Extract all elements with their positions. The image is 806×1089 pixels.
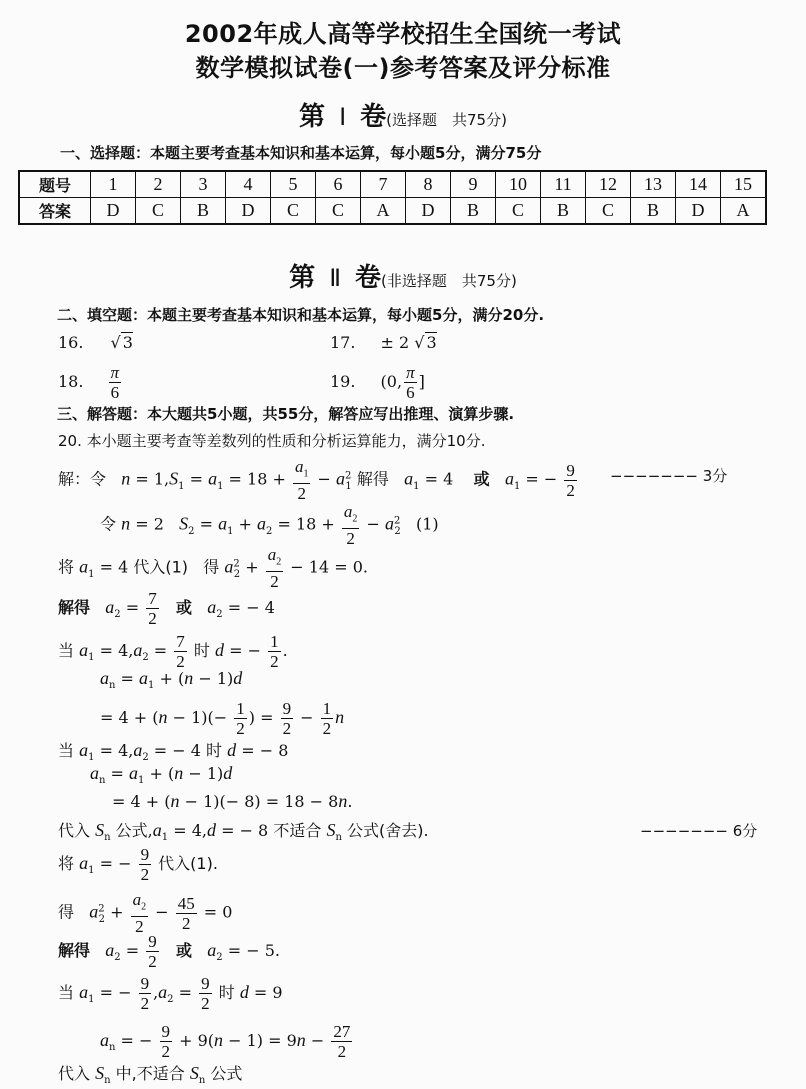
table-cell: 6 [316, 171, 361, 198]
table-cell: A [361, 198, 406, 225]
text: 解得 [58, 598, 90, 617]
volume2-heading: 第Ⅱ卷(非选择题 共75分) [0, 257, 806, 294]
volume-label2: 卷 [355, 263, 381, 293]
question-number: 18. [58, 372, 83, 391]
answer-sqrt3: √3 [111, 333, 133, 352]
solution-line-13: 得 a22 + a22 − 452 = 0 [58, 890, 232, 936]
text: 将 [58, 558, 74, 577]
solution-line-3: 将 a1 = 4 代入(1) 得 a22 + a22 − 14 = 0. [58, 545, 368, 591]
table-cell: 9 [451, 171, 496, 198]
answer-pi-over-6: π6 [109, 363, 122, 402]
solution-line-4: 解得 a2 = 72 或 a2 = − 4 [58, 589, 275, 628]
table-cell: 13 [631, 171, 676, 198]
volume-label: 第 [289, 263, 315, 293]
table-cell: C [586, 198, 631, 225]
answer-interval: (0,π6] [381, 372, 425, 391]
text: 代入(1). [158, 854, 218, 873]
table-cell: B [541, 198, 586, 225]
volume-subtitle: (非选择题 共75分) [381, 272, 517, 290]
solution-line-11: 代入 Sn 公式,a1 = 4,d = − 8 不适合 Sn 公式(舍去). [58, 818, 429, 843]
table-cell: C [316, 198, 361, 225]
solution-line-1: 解：令 n = 1,S1 = a1 = 18 + a12 − a21 解得 a1… [58, 457, 579, 503]
table-cell: 15 [721, 171, 767, 198]
volume-label2: 卷 [360, 102, 386, 132]
table-cell: 10 [496, 171, 541, 198]
text: 时 [206, 741, 222, 760]
solution-line-2: 令 n = 2 S2 = a1 + a2 = 18 + a22 − a22 (1… [100, 502, 439, 548]
text: 公式(舍去). [347, 821, 429, 840]
solution-line-8: 当 a1 = 4,a2 = − 4 时 d = − 8 [58, 738, 288, 763]
table-cell: A [721, 198, 767, 225]
dashes: −−−−−−− [610, 467, 698, 485]
fill-answer-18: 18. π6 [58, 363, 123, 402]
fill-answer-19: 19. (0,π6] [330, 363, 425, 402]
document-title-line2: 数学模拟试卷(一)参考答案及评分标准 [0, 48, 806, 83]
table-cell: D [226, 198, 271, 225]
text: 或 [474, 470, 490, 489]
document-title-line1: 2002年成人高等学校招生全国统一考试 [0, 14, 806, 49]
table-cell: 11 [541, 171, 586, 198]
text: 当 [58, 741, 74, 760]
table-header-number: 题号 [19, 171, 91, 198]
text: 解得 [58, 941, 90, 960]
table-cell: B [631, 198, 676, 225]
text: 时 [219, 983, 235, 1002]
section3-heading: 三、解答题：本大题共5小题，共55分，解答应写出推理、演算步骤. [57, 403, 514, 424]
text: 令 [100, 515, 116, 534]
solution-line-12: 将 a1 = − 92 代入(1). [58, 845, 218, 884]
volume-roman: Ⅰ [339, 105, 346, 131]
table-cell: B [451, 198, 496, 225]
text: 公式 [210, 1064, 242, 1083]
text: 当 [58, 983, 74, 1002]
text: 代入 [58, 1064, 90, 1083]
table-cell: D [406, 198, 451, 225]
score-label: 6分 [733, 822, 758, 840]
dashes: −−−−−−− [640, 822, 728, 840]
table-cell: 12 [586, 171, 631, 198]
answer-table: 题号 1 2 3 4 5 6 7 8 9 10 11 12 13 14 15 答… [18, 170, 767, 225]
answer-pm-2sqrt3: ± 2 √3 [381, 333, 437, 352]
text: 或 [176, 941, 192, 960]
score-marker-6: −−−−−−− 6分 [640, 820, 757, 841]
text: 不适合 [273, 821, 321, 840]
table-cell: 3 [181, 171, 226, 198]
score-marker-3: −−−−−−− 3分 [610, 465, 727, 486]
table-row-numbers: 题号 1 2 3 4 5 6 7 8 9 10 11 12 13 14 15 [19, 171, 766, 198]
table-row-answers: 答案 D C B D C C A D B C B C B D A [19, 198, 766, 225]
solution-line-14: 解得 a2 = 92 或 a2 = − 5. [58, 932, 280, 971]
table-cell: 14 [676, 171, 721, 198]
text: 代入(1) [133, 558, 188, 577]
section1-heading: 一、选择题：本题主要考查基本知识和基本运算，每小题5分，满分75分 [60, 142, 541, 163]
solution-line-6: an = a1 + (n − 1)d [100, 668, 242, 691]
fill-answer-17: 17. ± 2 √3 [330, 333, 437, 352]
text: 中, [116, 1064, 137, 1083]
solution-line-10: = 4 + (n − 1)(− 8) = 18 − 8n. [112, 791, 352, 812]
question-number: 17. [330, 333, 355, 352]
question-number: 16. [58, 333, 83, 352]
table-cell: C [271, 198, 316, 225]
score-label: 3分 [703, 467, 728, 485]
volume-label: 第 [299, 102, 325, 132]
text: 得 [203, 558, 219, 577]
table-cell: 2 [136, 171, 181, 198]
text: 不适合 [137, 1064, 185, 1083]
solution-line-7: = 4 + (n − 1)(− 12) = 92 − 12n [100, 699, 344, 738]
text: 将 [58, 854, 74, 873]
solution-line-5: 当 a1 = 4,a2 = 72 时 d = − 12. [58, 632, 288, 671]
table-header-answer: 答案 [19, 198, 91, 225]
section2-heading: 二、填空题：本题主要考查基本知识和基本运算，每小题5分，满分20分. [57, 304, 544, 325]
table-cell: C [496, 198, 541, 225]
text: 解：令 [58, 470, 106, 489]
text: 代入 [58, 821, 90, 840]
text: 或 [176, 598, 192, 617]
volume-subtitle: (选择题 共75分) [386, 111, 507, 129]
fill-answer-16: 16. √3 [58, 333, 133, 352]
text: 解得 [357, 470, 389, 489]
solution-line-16: an = − 92 + 9(n − 1) = 9n − 272 [100, 1022, 354, 1061]
table-cell: C [136, 198, 181, 225]
solution-line-15: 当 a1 = − 92,a2 = 92 时 d = 9 [58, 974, 283, 1013]
table-cell: D [91, 198, 136, 225]
volume-roman: Ⅱ [329, 266, 341, 292]
table-cell: 7 [361, 171, 406, 198]
text: 得 [58, 903, 74, 922]
text: 当 [58, 641, 74, 660]
text: 时 [194, 641, 210, 660]
solution-line-9: an = a1 + (n − 1)d [90, 763, 232, 786]
table-cell: 8 [406, 171, 451, 198]
table-cell: 1 [91, 171, 136, 198]
table-cell: D [676, 198, 721, 225]
table-cell: 4 [226, 171, 271, 198]
question-number: 19. [330, 372, 355, 391]
solution-line-17: 代入 Sn 中,不适合 Sn 公式 [58, 1061, 242, 1086]
volume1-heading: 第Ⅰ卷(选择题 共75分) [0, 96, 806, 133]
text: 公式 [116, 821, 148, 840]
table-cell: 5 [271, 171, 316, 198]
table-cell: B [181, 198, 226, 225]
q20-intro: 20. 本小题主要考查等差数列的性质和分析运算能力，满分10分. [58, 430, 485, 451]
